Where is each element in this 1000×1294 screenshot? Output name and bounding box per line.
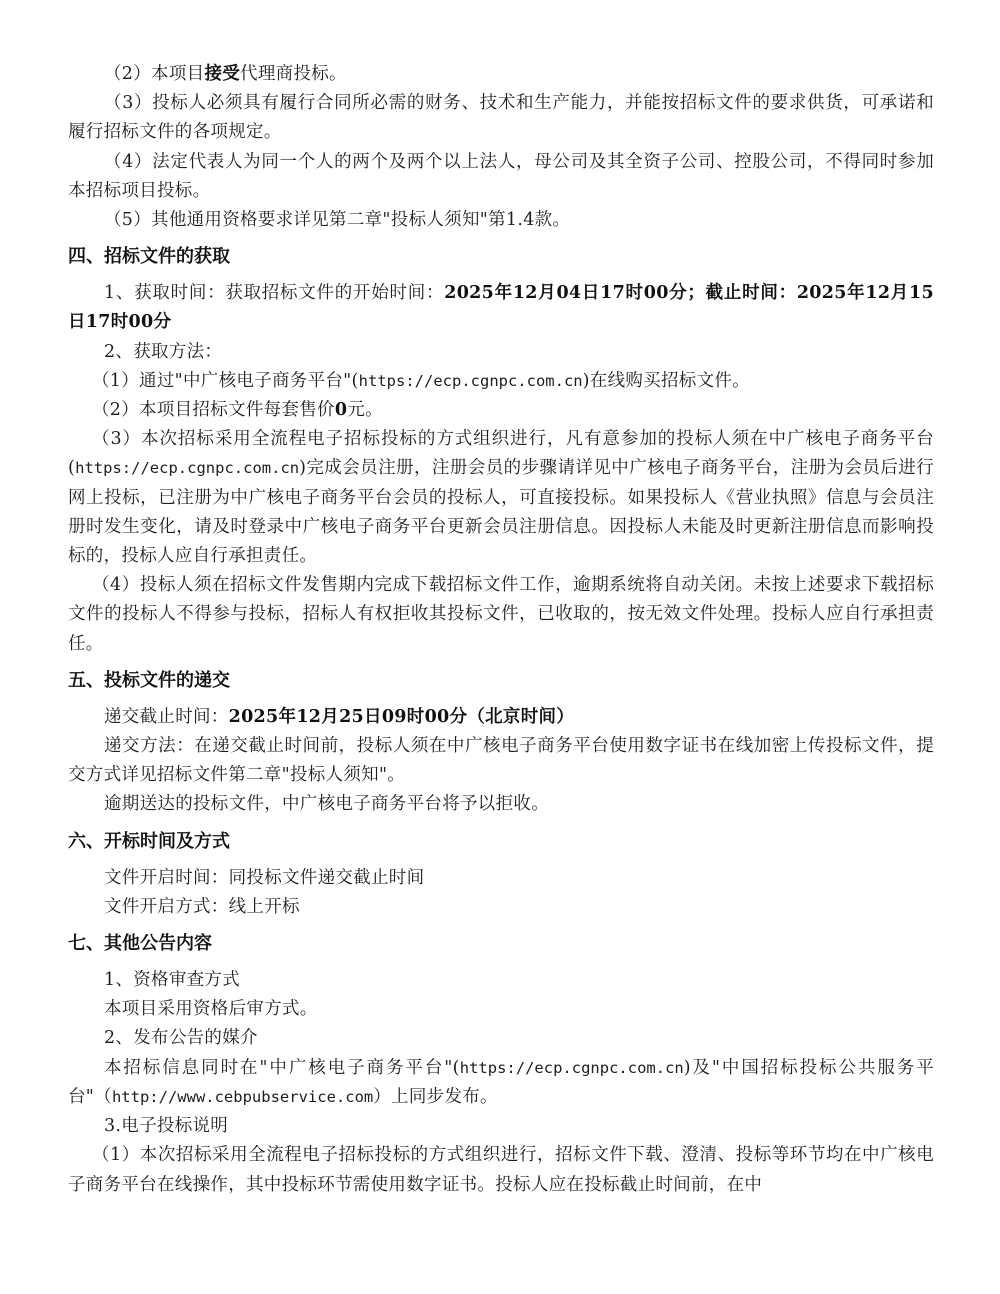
acquisition-method-4: （4）投标人须在招标文件发售期内完成下载招标文件工作，逾期系统将自动关闭。未按上… [68, 571, 934, 659]
section-6-heading: 六、开标时间及方式 [68, 827, 934, 856]
acquisition-method-1: （1）通过"中广核电子商务平台"(https://ecp.cgnpc.com.c… [68, 367, 934, 396]
price-value: 0 [335, 400, 347, 420]
qualification-item-5: （5）其他通用资格要求详见第二章"投标人须知"第1.4款。 [68, 206, 934, 235]
cebpubservice-link[interactable]: http://www.cebpubservice.com [112, 1088, 373, 1106]
e-bidding-title: 3.电子投标说明 [68, 1112, 934, 1141]
submission-deadline-value: 2025年12月25日09时00分（北京时间） [229, 707, 575, 727]
acquisition-method-2: （2）本项目招标文件每套售价0元。 [68, 396, 934, 425]
section-4-heading: 四、招标文件的获取 [68, 242, 934, 271]
platform-link[interactable]: https://ecp.cgnpc.com.cn [359, 372, 583, 390]
media-title: 2、发布公告的媒介 [68, 1024, 934, 1053]
section-7-heading: 七、其他公告内容 [68, 929, 934, 958]
qualification-item-2: （2）本项目接受代理商投标。 [68, 60, 934, 89]
submission-method: 递交方法：在递交截止时间前，投标人须在中广核电子商务平台使用数字证书在线加密上传… [68, 732, 934, 790]
review-method-body: 本项目采用资格后审方式。 [68, 995, 934, 1024]
review-method-title: 1、资格审查方式 [68, 966, 934, 995]
document-page: （2）本项目接受代理商投标。 （3）投标人必须具有履行合同所必需的财务、技术和生… [68, 60, 934, 1200]
acquisition-time: 1、获取时间：获取招标文件的开始时间：2025年12月04日17时00分；截止时… [68, 279, 934, 337]
submission-deadline: 递交截止时间：2025年12月25日09时00分（北京时间） [68, 703, 934, 732]
acquisition-method-label: 2、获取方法： [68, 338, 934, 367]
opening-time: 文件开启时间：同投标文件递交截止时间 [68, 864, 934, 893]
platform-link[interactable]: https://ecp.cgnpc.com.cn [75, 459, 299, 477]
media-body: 本招标信息同时在"中广核电子商务平台"(https://ecp.cgnpc.co… [68, 1054, 934, 1112]
opening-method: 文件开启方式：线上开标 [68, 893, 934, 922]
qualification-item-4: （4）法定代表人为同一个人的两个及两个以上法人，母公司及其全资子公司、控股公司，… [68, 148, 934, 206]
late-submission-note: 逾期送达的投标文件，中广核电子商务平台将予以拒收。 [68, 790, 934, 819]
acquisition-method-3: （3）本次招标采用全流程电子招标投标的方式组织进行，凡有意参加的投标人须在中广核… [68, 425, 934, 571]
e-bidding-item-1: （1）本次招标采用全流程电子招标投标的方式组织进行，招标文件下载、澄清、投标等环… [68, 1141, 934, 1199]
section-5-heading: 五、投标文件的递交 [68, 666, 934, 695]
qualification-item-3: （3）投标人必须具有履行合同所必需的财务、技术和生产能力，并能按招标文件的要求供… [68, 89, 934, 147]
accept-emphasis: 接受 [204, 64, 240, 84]
platform-link[interactable]: https://ecp.cgnpc.com.cn [460, 1059, 684, 1077]
